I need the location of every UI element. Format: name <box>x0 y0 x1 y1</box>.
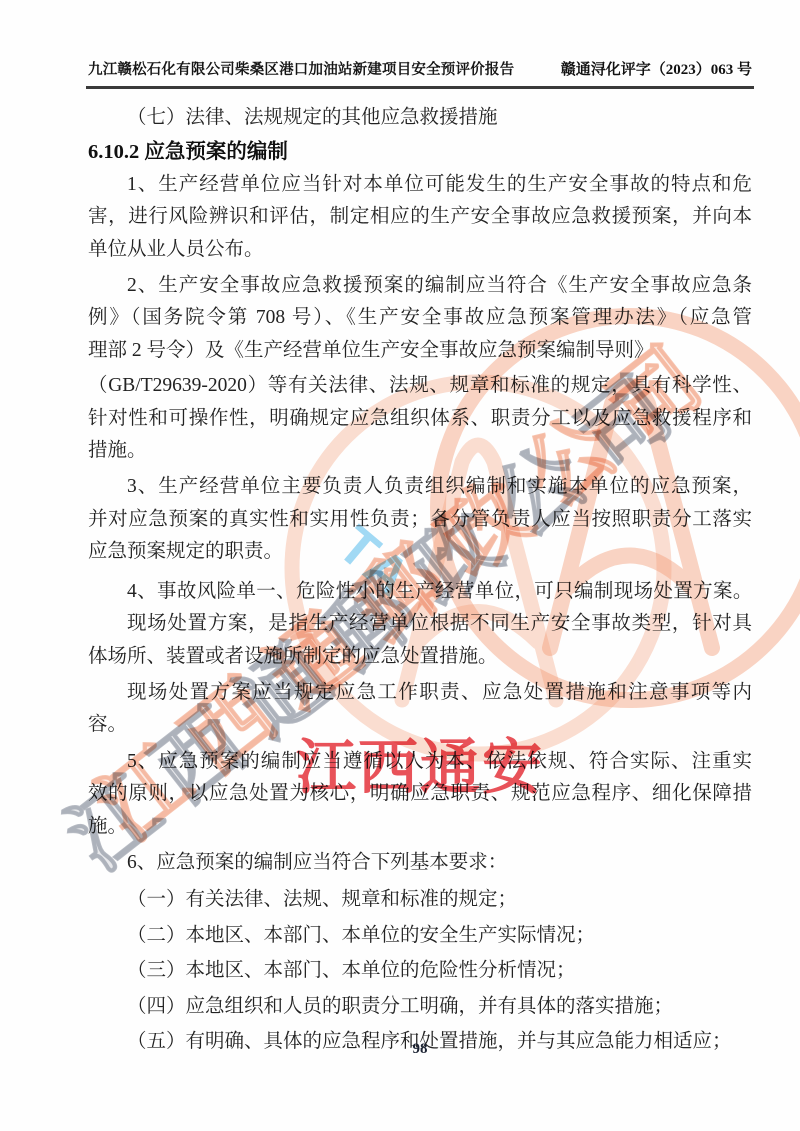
body-line: （七）法律、法规规定的其他应急救援措施 <box>88 102 752 134</box>
body-line: 例》（国务院令第 708 号）、《生产安全事故应急预案管理办法》（应急管 <box>88 302 752 334</box>
report-page: 九江赣松石化有限公司柴桑区港口加油站新建项目安全预评价报告 赣通浔化评字（202… <box>0 0 800 1131</box>
body-line: 容。 <box>88 709 752 741</box>
list-item: （一）有关法律、法规、规章和标准的规定； <box>88 884 752 916</box>
body-line: 体场所、装置或者设施所制定的应急处置措施。 <box>88 641 752 673</box>
section-heading: 6.10.2 应急预案的编制 <box>88 136 752 168</box>
page-header: 九江赣松石化有限公司柴桑区港口加油站新建项目安全预评价报告 赣通浔化评字（202… <box>88 58 752 79</box>
body-line: 现场处置方案应当规定应急工作职责、应急处置措施和注意事项等内 <box>88 677 752 709</box>
body-line: 5、应急预案的编制应当遵循以人为本、依法依规、符合实际、注重实 <box>88 746 752 778</box>
body-line: 4、事故风险单一、危险性小的生产经营单位，可只编制现场处置方案。 <box>88 576 752 608</box>
body-line: 现场处置方案，是指生产经营单位根据不同生产安全事故类型，针对具 <box>88 608 752 640</box>
body-line: 理部 2 号令）及《生产经营单位生产安全事故应急预案编制导则》 <box>88 335 752 367</box>
body-line: 措施。 <box>88 435 752 467</box>
header-report-title: 九江赣松石化有限公司柴桑区港口加油站新建项目安全预评价报告 <box>88 58 514 79</box>
header-doc-number: 赣通浔化评字（2023）063 号 <box>561 58 752 79</box>
list-item: （二）本地区、本部门、本单位的安全生产实际情况； <box>88 920 752 952</box>
body-line: 应急预案规定的职责。 <box>88 536 752 568</box>
body-line: 单位从业人员公布。 <box>88 234 752 266</box>
body-line: （GB/T29639-2020）等有关法律、法规、规章和标准的规定，具有科学性、 <box>88 370 752 402</box>
body-line: 效的原则，以应急处置为核心，明确应急职责、规范应急程序、细化保障措 <box>88 778 752 810</box>
header-rule <box>86 86 754 89</box>
page-number: 98 <box>88 1041 752 1058</box>
body-line: 针对性和可操作性，明确规定应急组织体系、职责分工以及应急救援程序和 <box>88 403 752 435</box>
list-item: （四）应急组织和人员的职责分工明确，并有具体的落实措施； <box>88 991 752 1023</box>
document-body: （七）法律、法规规定的其他应急救援措施 6.10.2 应急预案的编制 1、生产经… <box>88 102 752 1058</box>
body-line: 1、生产经营单位应当针对本单位可能发生的生产安全事故的特点和危 <box>88 169 752 201</box>
body-line: 6、应急预案的编制应当符合下列基本要求： <box>88 847 752 879</box>
body-line: 2、生产安全事故应急救援预案的编制应当符合《生产安全事故应急条 <box>88 270 752 302</box>
body-line: 并对应急预案的真实性和实用性负责；各分管负责人应当按照职责分工落实 <box>88 504 752 536</box>
body-line: 害，进行风险辨识和评估，制定相应的生产安全事故应急救援预案，并向本 <box>88 201 752 233</box>
body-line: 3、生产经营单位主要负责人负责组织编制和实施本单位的应急预案， <box>88 471 752 503</box>
body-line: 施。 <box>88 811 752 843</box>
list-item: （三）本地区、本部门、本单位的危险性分析情况； <box>88 955 752 987</box>
